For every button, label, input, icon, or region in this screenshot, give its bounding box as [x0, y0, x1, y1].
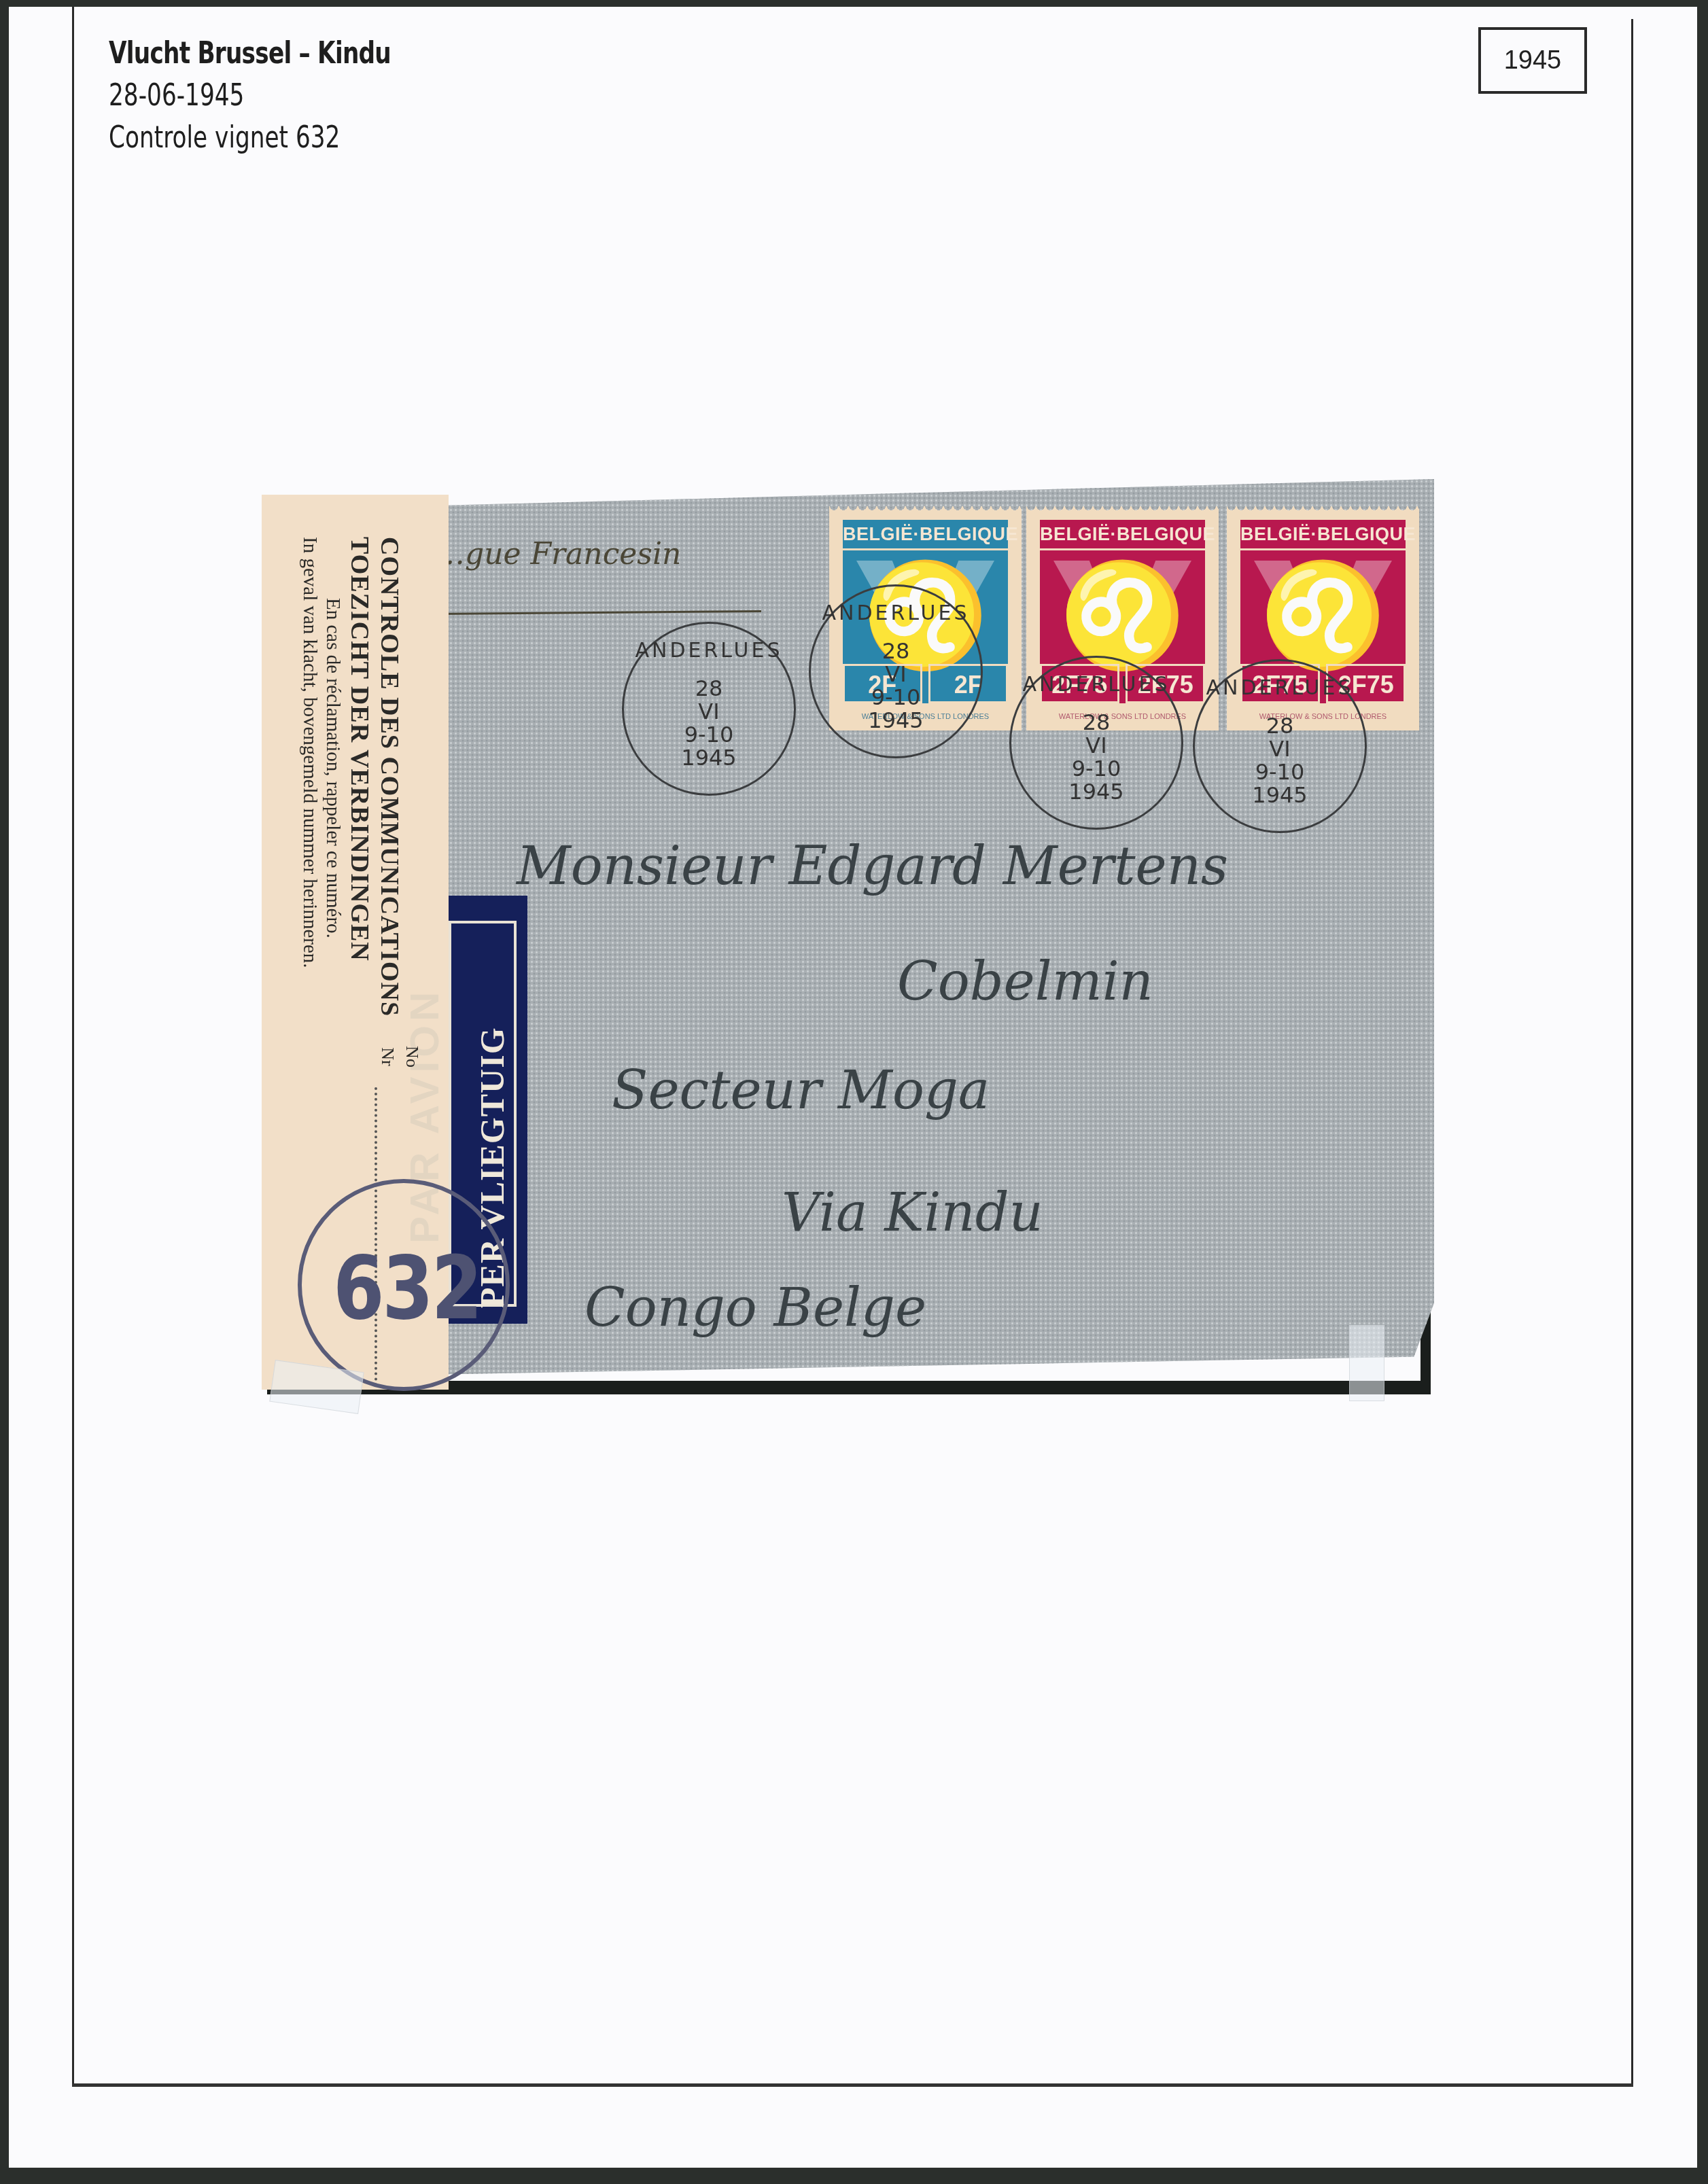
- flight-date: 28-06-1945: [109, 75, 391, 117]
- postmark: ANDERLUES 28VI9-101945: [622, 622, 796, 796]
- postmark: ANDERLUES 28VI9-101945: [809, 584, 983, 758]
- mount-tape: [1349, 1325, 1384, 1401]
- censor-number-label-fr: No: [402, 1046, 422, 1068]
- postmark: ANDERLUES 28VI9-101945: [1193, 659, 1367, 833]
- stamp-country: BELGIË·BELGIQUE: [1040, 520, 1205, 550]
- address-line: Congo Belge: [585, 1278, 926, 1339]
- page-note: Controle vignet 632: [109, 117, 391, 159]
- stamp-country: BELGIË·BELGIQUE: [1240, 520, 1406, 550]
- stamp-country: BELGIË·BELGIQUE: [843, 520, 1008, 550]
- heraldic-lion-icon: ♌: [1240, 561, 1406, 669]
- page-header: Vlucht Brussel – Kindu 28-06-1945 Contro…: [109, 33, 470, 159]
- address-line: Via Kindu: [782, 1182, 1043, 1244]
- address-line: Monsieur Edgard Mertens: [517, 836, 1228, 897]
- censor-note-nl: In geval van klacht, bovengemeld nummer …: [298, 537, 321, 1216]
- censor-title-nl: TOEZICHT DER VERBINDINGEN: [345, 537, 374, 1216]
- censor-number-label-nl: Nr: [377, 1047, 398, 1065]
- year-badge: 1945: [1478, 27, 1587, 94]
- frame-line-left: [72, 7, 74, 2085]
- censor-number: 632: [333, 1238, 481, 1339]
- frame-line-right: [1631, 19, 1633, 2085]
- censor-title-fr: CONTROLE DES COMMUNICATIONS: [374, 537, 404, 1216]
- postmark: ANDERLUES 28VI9-101945: [1009, 656, 1183, 830]
- page-title: Vlucht Brussel – Kindu: [109, 33, 391, 75]
- address-line: Cobelmin: [897, 951, 1153, 1012]
- frame-line-bottom: [72, 2083, 1633, 2087]
- censor-text: CONTROLE DES COMMUNICATIONS TOEZICHT DER…: [298, 537, 404, 1216]
- address-line: Secteur Moga: [612, 1060, 990, 1121]
- censor-note-fr: En cas de réclamation, rappeler ce numér…: [321, 537, 345, 1216]
- handwritten-route-note: …gue Francesin: [435, 537, 681, 571]
- heraldic-lion-icon: ♌: [1040, 561, 1205, 669]
